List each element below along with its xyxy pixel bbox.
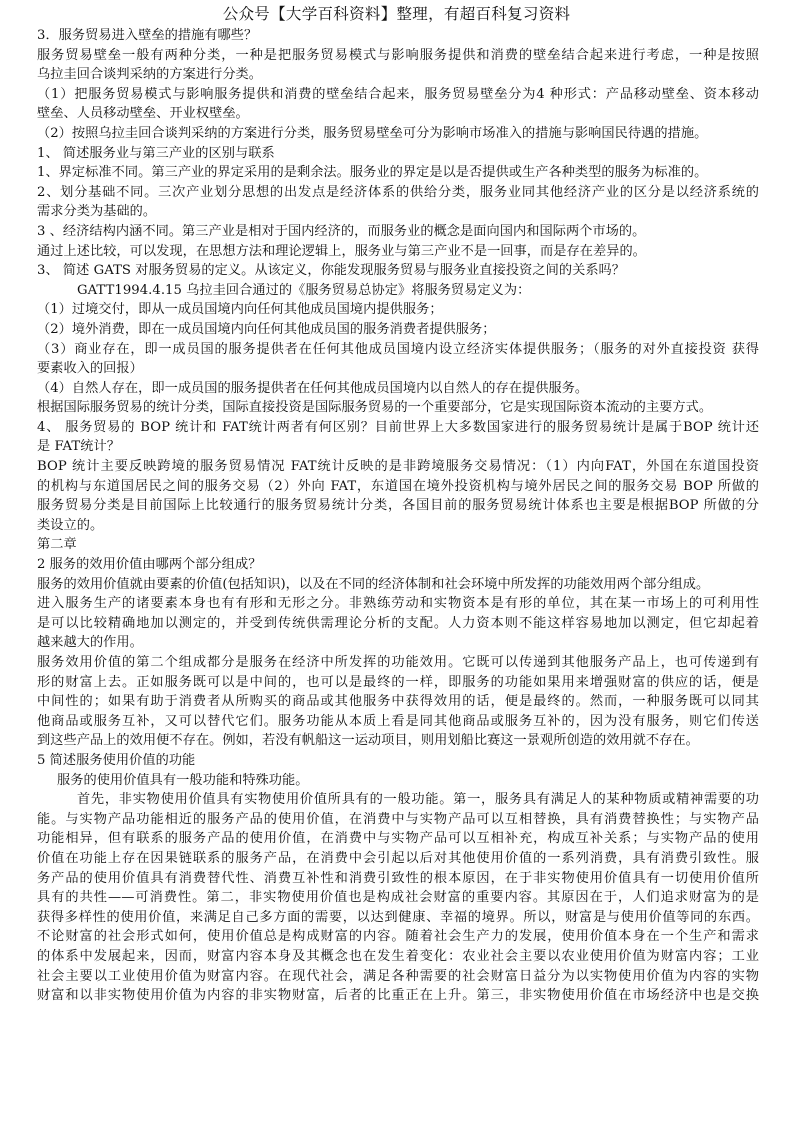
text-line: （1）把服务贸易模式与影响服务提供和消费的壁垒结合起来，服务贸易壁垒分为4 种形… [37,85,759,105]
text-line: 的机构与东道国居民之间的服务交易（2）外向 FAT，东道国在境外投资机构与境外居… [37,477,759,497]
text-line: 服务的使用价值具有一般功能和特殊功能。 [37,771,759,791]
text-line: 社会主要以工业使用价值为财富内容。在现代社会，满足各种需要的社会财富日益分为以实… [37,967,759,987]
text-line: 2、划分基础不同。三次产业划分思想的出发点是经济体系的供给分类，服务业同其他经济… [37,183,759,203]
text-line: 财富和以非实物使用价值为内容的非实物财富，后者的比重正在上升。第三，非实物使用价… [37,986,759,1006]
text-line: 越来越大的作用。 [37,633,759,653]
text-line: 3 、经济结构内涵不同。第三产业是相对于国内经济的，而服务业的概念是面向国内和国… [37,222,759,242]
text-line: 他商品或服务互补，又可以替代它们。服务功能从本质上看是同其他商品或服务互补的，因… [37,712,759,732]
text-line: 根据国际服务贸易的统计分类，国际直接投资是国际服务贸易的一个重要部分，它是实现国… [37,398,759,418]
text-line: 需求分类为基础的。 [37,202,759,222]
text-line: 到这些产品上的效用便不存在。例如，若没有帆船这一运动项目，则用划船比赛这一景观所… [37,731,759,751]
text-line: 的体系中发展起来，因而，财富内容本身及其概念也在发生着变化：农业社会主要以农业使… [37,947,759,967]
text-line: 形的财富上去。正如服务既可以是中间的，也可以是最终的一样，即服务的功能如果用来增… [37,673,759,693]
page-header: 公众号【大学百科资料】整理，有超百科复习资料 [0,2,793,26]
text-line: 通过上述比较，可以发现，在思想方法和理论逻辑上，服务业与第三产业不是一回事，而是… [37,242,759,262]
text-line: 服务的效用价值就由要素的价值(包括知识)，以及在不同的经济体制和社会环境中所发挥… [37,575,759,595]
text-line: 价值在功能上存在因果链联系的服务产品，在消费中会引起以后对其他使用价值的一系列消… [37,849,759,869]
text-line: （4）自然人存在，即一成员国的服务提供者在任何其他成员国境内以自然人的存在提供服… [37,379,759,399]
chapter-heading: 第二章 [37,535,759,555]
text-line: 是可以比较精确地加以测定的，并受到传统供需理论分析的支配。人力资本则不能这样容易… [37,614,759,634]
text-line: 1、界定标准不同。第三产业的界定采用的是剩余法。服务业的界定是以是否提供或生产各… [37,163,759,183]
question-heading: 5 简述服务使用价值的功能 [37,751,759,771]
question-heading: 3．服务贸易进入壁垒的措施有哪些？ [37,26,759,46]
text-line: （1）过境交付，即从一成员国境内向任何其他成员国境内提供服务； [37,300,759,320]
text-line: 要素收入的回报） [37,359,759,379]
text-line: GATT1994.4.15 乌拉圭回合通过的《服务贸易总协定》将服务贸易定义为： [37,281,759,301]
text-line: BOP 统计主要反映跨境的服务贸易情况 FAT统计反映的是非跨境服务交易情况：（… [37,457,759,477]
question-heading: 4、 服务贸易的 BOP 统计和 FAT统计两者有何区别？目前世界上大多数国家进… [37,418,759,438]
text-line: 类设立的。 [37,516,759,536]
text-line: 服务贸易壁垒一般有两种分类，一种是把服务贸易模式与影响服务提供和消费的壁垒结合起… [37,46,759,66]
text-line: 具有的共性——可消费性。第二，非实物使用价值也是构成社会财富的重要内容。其原因在… [37,888,759,908]
text-line: 壁垒、人员移动壁垒、开业权壁垒。 [37,104,759,124]
text-line: 乌拉圭回合谈判采纳的方案进行分类。 [37,65,759,85]
text-line: 首先，非实物使用价值具有实物使用价值所具有的一般功能。第一，服务具有满足人的某种… [37,790,759,810]
text-line: 不论财富的社会形式如何，使用价值总是构成财富的内容。随着社会生产力的发展，使用价… [37,927,759,947]
text-line: 功能相异，但有联系的服务产品的使用价值，在消费中与实物产品可以互相补充，构成互补… [37,829,759,849]
document-body: 3．服务贸易进入壁垒的措施有哪些？服务贸易壁垒一般有两种分类，一种是把服务贸易模… [37,26,759,1006]
question-heading: 1、 简述服务业与第三产业的区别与联系 [37,144,759,164]
text-line: （2）境外消费，即在一成员国境内向任何其他成员国的服务消费者提供服务； [37,320,759,340]
text-line: 进入服务生产的诸要素本身也有有形和无形之分。非熟练劳动和实物资本是有形的单位，其… [37,594,759,614]
document-page: 公众号【大学百科资料】整理，有超百科复习资料 3．服务贸易进入壁垒的措施有哪些？… [37,0,759,1006]
text-line: 中间性的；如果有助于消费者从所购买的商品或其他服务中获得效用的话，便是最终的。然… [37,692,759,712]
question-heading: 是 FAT统计？ [37,437,759,457]
text-line: 服务贸易分类是目前国际上比较通行的服务贸易统计分类，各国目前的服务贸易统计体系也… [37,496,759,516]
text-line: 服务效用价值的第二个组成都分是服务在经济中所发挥的功能效用。它既可以传递到其他服… [37,653,759,673]
text-line: （2）按照乌拉圭回合谈判采纳的方案进行分类，服务贸易壁垒可分为影响市场准入的措施… [37,124,759,144]
text-line: （3）商业存在，即一成员国的服务提供者在任何其他成员国境内设立经济实体提供服务；… [37,340,759,360]
question-heading: 2 服务的效用价值由哪两个部分组成？ [37,555,759,575]
text-line: 务产品的使用价值具有消费替代性、消费互补性和消费引致性的根本原因，在于非实物使用… [37,869,759,889]
question-heading: 3、 简述 GATS 对服务贸易的定义。从该定义，你能发现服务贸易与服务业直接投… [37,261,759,281]
text-line: 获得多样性的使用价值，来满足自己多方面的需要，以达到健康、幸福的境界。所以，财富… [37,908,759,928]
text-line: 能。与实物产品功能相近的服务产品的使用价值，在消费中与实物产品可以互相替换，具有… [37,810,759,830]
